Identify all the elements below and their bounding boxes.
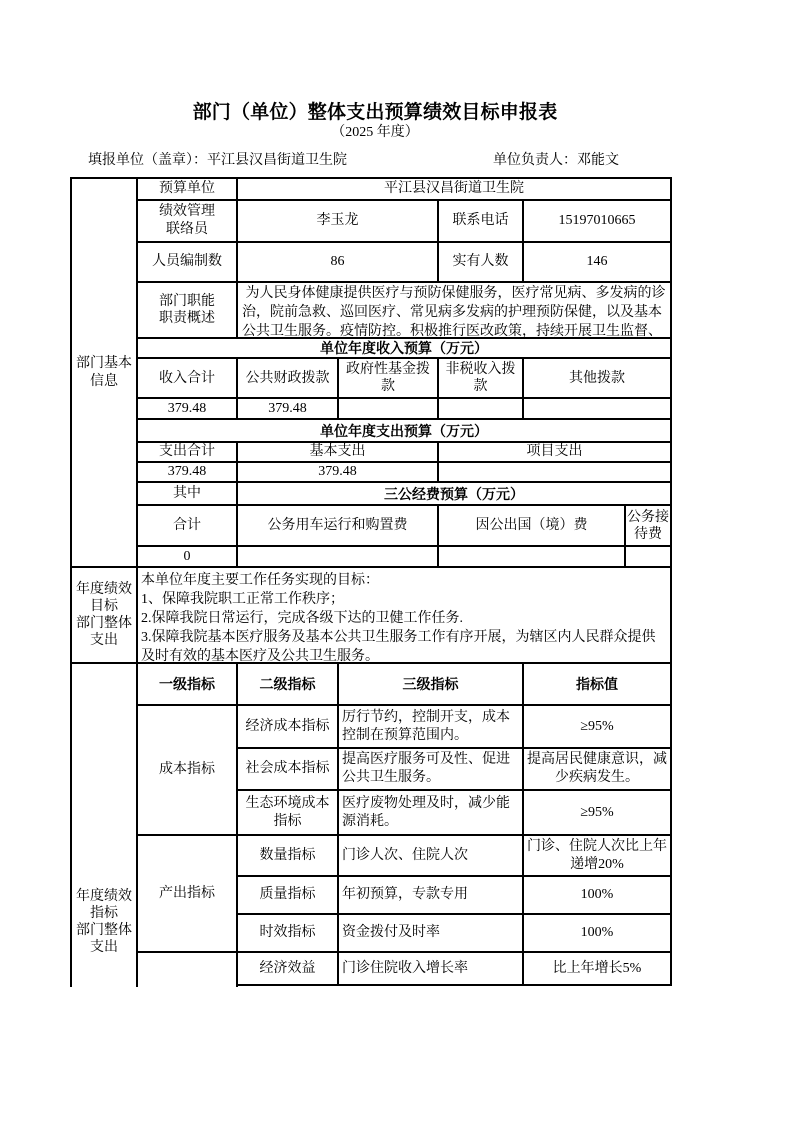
income-header-gov-fund: 政府性基金拨 款 [337, 357, 439, 399]
staff-quota-value: 86 [236, 241, 439, 283]
indicator-value: ≥95% [522, 704, 672, 749]
duties-label: 部门职能 职责概述 [136, 281, 238, 339]
phone-label: 联系电话 [437, 199, 524, 243]
annual-targets-text: 本单位年度主要工作任务实现的目标： 1、保障我院职工正常工作秩序； 2.保障我院… [136, 566, 672, 664]
indicator-level2: 时效指标 [236, 913, 339, 953]
income-value-total: 379.48 [136, 397, 238, 420]
indicator-level3: 资金拨付及时率 [337, 913, 524, 953]
indicator-level3: 年初预算，专款专用 [337, 875, 524, 915]
income-header-public-finance: 公共财政拨款 [236, 357, 339, 399]
indicator-level3: 门诊住院收入增长率 [337, 951, 524, 986]
indicator-col-level2: 二级指标 [236, 662, 339, 706]
three-public-header-vehicle: 公务用车运行和购置费 [236, 504, 439, 547]
indicator-level2: 数量指标 [236, 834, 339, 877]
indicator-value: 门诊、住院人次比上年 递增20% [522, 834, 672, 877]
indicator-value: 比上年增长5% [522, 951, 672, 986]
indicator-level2: 社会成本指标 [236, 747, 339, 791]
budget-unit-value: 平江县汉昌街道卫生院 [236, 177, 672, 201]
expense-header-project: 项目支出 [437, 441, 672, 463]
indicator-level1-cost: 成本指标 [136, 704, 238, 836]
budget-unit-label: 预算单位 [136, 177, 238, 201]
three-public-prefix: 其中 [136, 481, 238, 506]
three-public-value-abroad [437, 545, 626, 568]
actual-staff-label: 实有人数 [437, 241, 524, 283]
reporting-unit: 填报单位（盖章）：平江县汉昌街道卫生院 [88, 149, 347, 169]
three-public-header-total: 合计 [136, 504, 238, 547]
indicator-level3: 提高医疗服务可及性、促进 公共卫生服务。 [337, 747, 524, 791]
three-public-header-abroad: 因公出国（境）费 [437, 504, 626, 547]
responsible-person: 单位负责人：邓能文 [493, 149, 619, 169]
indicator-level3: 门诊人次、住院人次 [337, 834, 524, 877]
three-public-title: 三公经费预算（万元） [236, 481, 672, 506]
income-header-other: 其他拨款 [522, 357, 672, 399]
income-header-non-tax: 非税收入拨 款 [437, 357, 524, 399]
liaison-value: 李玉龙 [236, 199, 439, 243]
income-value-gov-fund [337, 397, 439, 420]
income-value-public-finance: 379.48 [236, 397, 339, 420]
income-budget-title: 单位年度收入预算（万元） [136, 337, 672, 359]
expense-value-project [437, 461, 672, 483]
indicator-level1-benefit [136, 951, 238, 987]
page-title: 部门（单位）整体支出预算绩效目标申报表 [0, 97, 750, 124]
three-public-header-reception: 公务接 待费 [624, 504, 672, 547]
indicator-col-level1: 一级指标 [136, 662, 238, 706]
indicator-level3: 医疗废物处理及时，减少能 源消耗。 [337, 789, 524, 836]
income-value-other [522, 397, 672, 420]
indicator-level3: 厉行节约，控制开支，成本 控制在预算范围内。 [337, 704, 524, 749]
section-annual-targets: 年度绩效 目标 部门整体 支出 [70, 566, 138, 664]
indicator-level2: 生态环境成本 指标 [236, 789, 339, 836]
three-public-value-vehicle [236, 545, 439, 568]
income-value-non-tax [437, 397, 524, 420]
three-public-value-reception [624, 545, 672, 568]
section-annual-indicators: 年度绩效 指标 部门整体 支出 [70, 662, 138, 987]
indicator-value: 提高居民健康意识，减 少疾病发生。 [522, 747, 672, 791]
actual-staff-value: 146 [522, 241, 672, 283]
expense-value-total: 379.48 [136, 461, 238, 483]
indicator-value: 100% [522, 875, 672, 915]
income-header-total: 收入合计 [136, 357, 238, 399]
indicator-level1-output: 产出指标 [136, 834, 238, 953]
indicator-level2: 质量指标 [236, 875, 339, 915]
indicator-value: 100% [522, 913, 672, 953]
expense-header-total: 支出合计 [136, 441, 238, 463]
indicator-level2: 经济成本指标 [236, 704, 339, 749]
indicator-col-value: 指标值 [522, 662, 672, 706]
expense-budget-title: 单位年度支出预算（万元） [136, 418, 672, 443]
expense-value-basic: 379.48 [236, 461, 439, 483]
staff-quota-label: 人员编制数 [136, 241, 238, 283]
fiscal-year: （2025 年度） [0, 121, 750, 141]
three-public-value-total: 0 [136, 545, 238, 568]
liaison-label: 绩效管理 联络员 [136, 199, 238, 243]
phone-value: 15197010665 [522, 199, 672, 243]
indicator-col-level3: 三级指标 [337, 662, 524, 706]
duties-text: 为人民身体健康提供医疗与预防保健服务，医疗常见病、多发病的诊 治，院前急救、巡回… [236, 281, 672, 339]
expense-header-basic: 基本支出 [236, 441, 439, 463]
section-basic-info: 部门基本 信息 [70, 177, 138, 568]
indicator-value: ≥95% [522, 789, 672, 836]
indicator-level2: 经济效益 [236, 951, 339, 986]
